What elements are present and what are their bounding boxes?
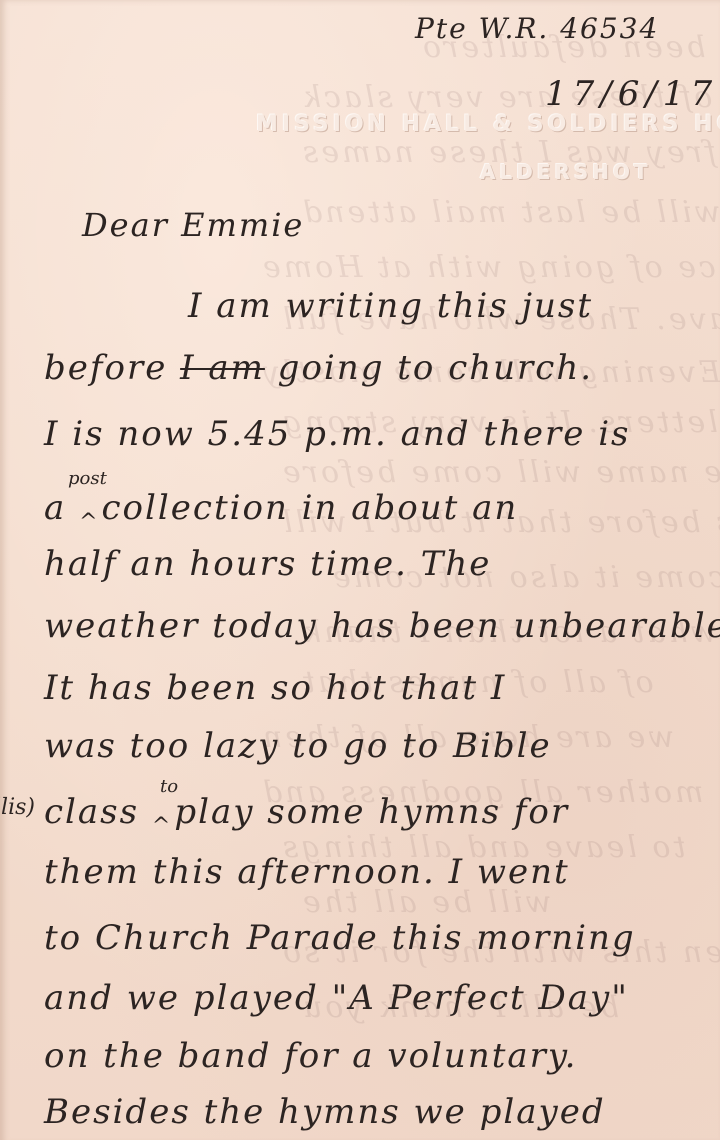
margin-note: llis): [0, 795, 35, 820]
line-text: going to church.: [265, 348, 593, 388]
line-text: weather today has been unbearable: [44, 606, 720, 646]
letter-line: to Church Parade this morning: [44, 918, 636, 958]
inserted-word: post: [68, 468, 107, 489]
letter-line: I am writing this just: [188, 286, 593, 326]
letter-line: weather today has been unbearable: [44, 606, 720, 646]
line-text: them this afternoon. I went: [44, 852, 570, 892]
insertion-caret-icon: ^: [79, 510, 99, 535]
letterhead-line1: MISSION HALL & SOLDIERS HOME: [256, 112, 720, 137]
salutation: Dear Emmie: [82, 206, 304, 244]
line-text: I is now 5.45 p.m. and there is: [44, 414, 631, 454]
line-text: collection in about an: [102, 488, 519, 528]
line-text: a: [44, 488, 79, 528]
line-text: before: [44, 348, 180, 388]
letter-line: before I am going to church.: [44, 348, 593, 388]
letter-line: I is now 5.45 p.m. and there is: [44, 414, 631, 454]
line-text: to Church Parade this morning: [44, 918, 636, 958]
letter-line: a ^collection in about an: [44, 488, 518, 528]
line-text: class: [44, 792, 152, 832]
letter-line: and we played "A Perfect Day": [44, 978, 629, 1018]
letter-line: was too lazy to go to Bible: [44, 726, 552, 766]
line-text: Besides the hymns we played: [44, 1092, 606, 1132]
sender-id: Pte W.R. 46534: [415, 12, 659, 45]
letter-line: on the band for a voluntary.: [44, 1036, 577, 1076]
letter-line: them this afternoon. I went: [44, 852, 570, 892]
line-text: and we played "A Perfect Day": [44, 978, 629, 1018]
line-text: was too lazy to go to Bible: [44, 726, 552, 766]
bleed-through-line: with the name will come before: [280, 455, 720, 490]
insertion-caret-icon: ^: [152, 814, 172, 839]
line-text: half an hours time. The: [44, 544, 491, 584]
letter-date: 17/6/17: [545, 74, 718, 114]
line-text: It has been so hot that I: [44, 668, 506, 708]
letter-line: Besides the hymns we played: [44, 1092, 606, 1132]
line-text: play some hymns for: [174, 792, 569, 832]
letter-line: class ^play some hymns for: [44, 792, 569, 832]
letter-line: half an hours time. The: [44, 544, 491, 584]
letterhead-line2: ALDERSHOT: [480, 160, 652, 184]
struck-text: I am: [180, 348, 265, 388]
bleed-through-line: a chance of going with at Home: [260, 250, 720, 285]
letter-page: Ages who have been defaultero on of thes…: [0, 0, 720, 1144]
bleed-through-line: will be last mail attend: [300, 195, 720, 230]
line-text: on the band for a voluntary.: [44, 1036, 577, 1076]
line-text: I am writing this just: [188, 286, 593, 326]
letter-line: It has been so hot that I: [44, 668, 506, 708]
